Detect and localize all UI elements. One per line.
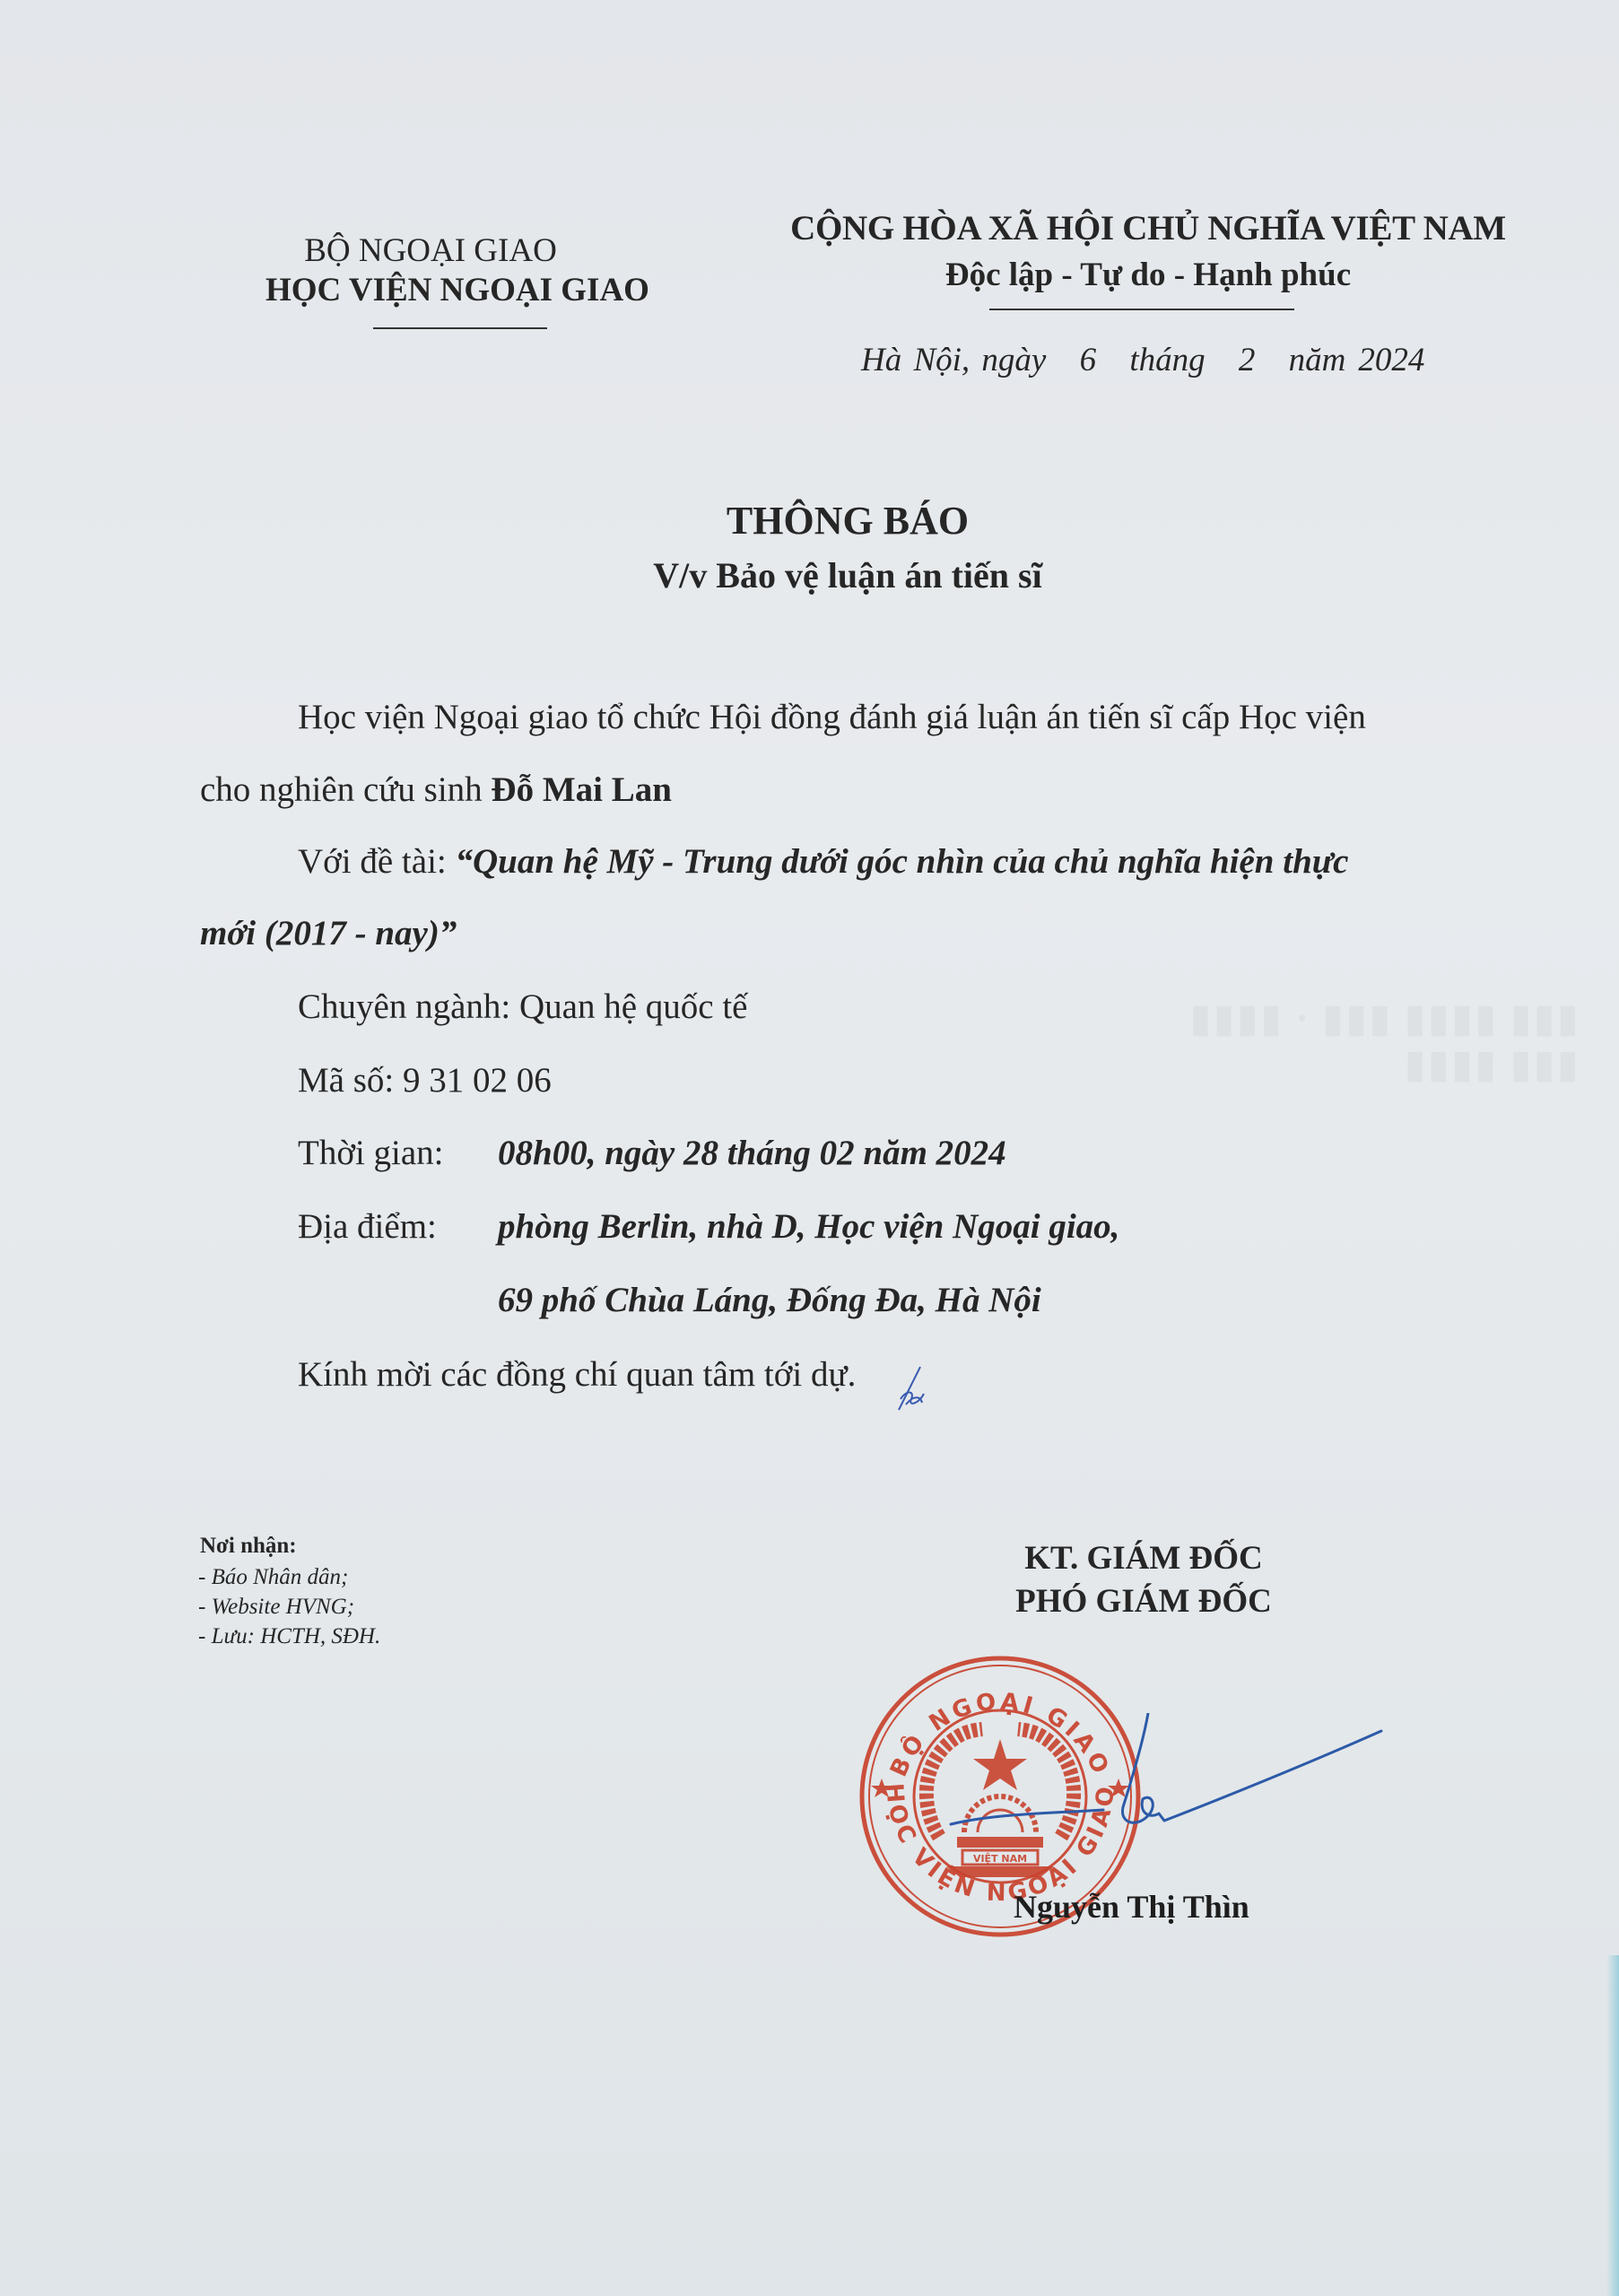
ministry-name: BỘ NGOẠI GIAO [251, 231, 610, 270]
topic-title-line2: mới (2017 - nay)” [200, 913, 457, 953]
intro-cont-text: cho nghiên cứu sinh [200, 770, 491, 809]
date-month-label: tháng [1129, 342, 1205, 378]
signer-authority: KT. GIÁM ĐỐC [933, 1539, 1354, 1578]
time-label: Thời gian: [298, 1133, 444, 1173]
institution-name: HỌC VIỆN NGOẠI GIAO [265, 271, 689, 309]
stamp-emblem-text: VIỆT NAM [973, 1853, 1027, 1865]
code-value: 9 31 02 06 [403, 1061, 552, 1100]
location-line: Địa điểm: phòng Berlin, nhà D, Học viện … [298, 1206, 437, 1247]
national-motto: Độc lập - Tự do - Hạnh phúc [771, 256, 1525, 294]
time-value: 08h00, ngày 28 tháng 02 năm 2024 [498, 1133, 1006, 1173]
location-value-line2: 69 phố Chùa Láng, Đống Đa, Hà Nội [498, 1280, 1041, 1320]
header-left-divider [373, 327, 547, 329]
location-value-line1: phòng Berlin, nhà D, Học viện Ngoại giao… [498, 1206, 1119, 1247]
page-edge-shadow [1606, 1955, 1619, 2296]
candidate-name: Đỗ Mai Lan [491, 770, 672, 809]
recipients-title: Nơi nhận: [200, 1534, 297, 1559]
signer-name: Nguyễn Thị Thìn [1014, 1888, 1249, 1926]
topic-label: Với đề tài: [298, 842, 456, 881]
handwritten-signature-icon [915, 1713, 1390, 1839]
code-label: Mã số: [298, 1061, 403, 1100]
document-title: THÔNG BÁO [583, 498, 1112, 544]
intro-continuation: cho nghiên cứu sinh Đỗ Mai Lan [200, 770, 672, 810]
major-label: Chuyên ngành: [298, 987, 519, 1026]
date-place-prefix: Hà Nội, ngày [861, 342, 1046, 378]
issue-date: Hà Nội, ngày 6 tháng 2 năm2024 [861, 341, 1435, 379]
major-value: Quan hệ quốc tế [519, 987, 748, 1026]
major-line: Chuyên ngành: Quan hệ quốc tế [298, 987, 747, 1027]
document-page: ▮▮▮ ▮▮▮▮ ▮▮▮ · ▮▮▮▮▮▮▮ ▮▮▮▮ BỘ NGOẠI GIA… [0, 0, 1619, 2296]
recipient-item: - Website HVNG; [198, 1595, 354, 1620]
initials-mark-icon [893, 1363, 929, 1417]
recipient-item: - Lưu: HCTH, SĐH. [198, 1624, 380, 1649]
date-year: 2024 [1358, 342, 1424, 378]
signer-position: PHÓ GIÁM ĐỐC [933, 1582, 1354, 1621]
show-through-texture: ▮▮▮ ▮▮▮▮ ▮▮▮ · ▮▮▮▮▮▮▮ ▮▮▮▮ [933, 996, 1579, 1148]
time-line: Thời gian: 08h00, ngày 28 tháng 02 năm 2… [298, 1133, 444, 1173]
recipient-item: - Báo Nhân dân; [198, 1565, 348, 1590]
date-year-label: năm [1289, 342, 1346, 378]
intro-paragraph: Học viện Ngoại giao tổ chức Hội đồng đán… [298, 697, 1366, 737]
date-month: 2 [1239, 342, 1256, 378]
document-subject: V/v Bảo vệ luận án tiến sĩ [538, 554, 1157, 596]
location-label: Địa điểm: [298, 1206, 437, 1247]
code-line: Mã số: 9 31 02 06 [298, 1060, 552, 1100]
date-day: 6 [1080, 342, 1097, 378]
nation-name: CỘNG HÒA XÃ HỘI CHỦ NGHĨA VIỆT NAM [771, 208, 1525, 248]
topic-line: Với đề tài: “Quan hệ Mỹ - Trung dưới góc… [298, 841, 1348, 882]
closing-line: Kính mời các đồng chí quan tâm tới dự. [298, 1354, 856, 1395]
header-right-divider [989, 309, 1294, 310]
topic-title-line1: “Quan hệ Mỹ - Trung dưới góc nhìn của ch… [456, 842, 1349, 881]
